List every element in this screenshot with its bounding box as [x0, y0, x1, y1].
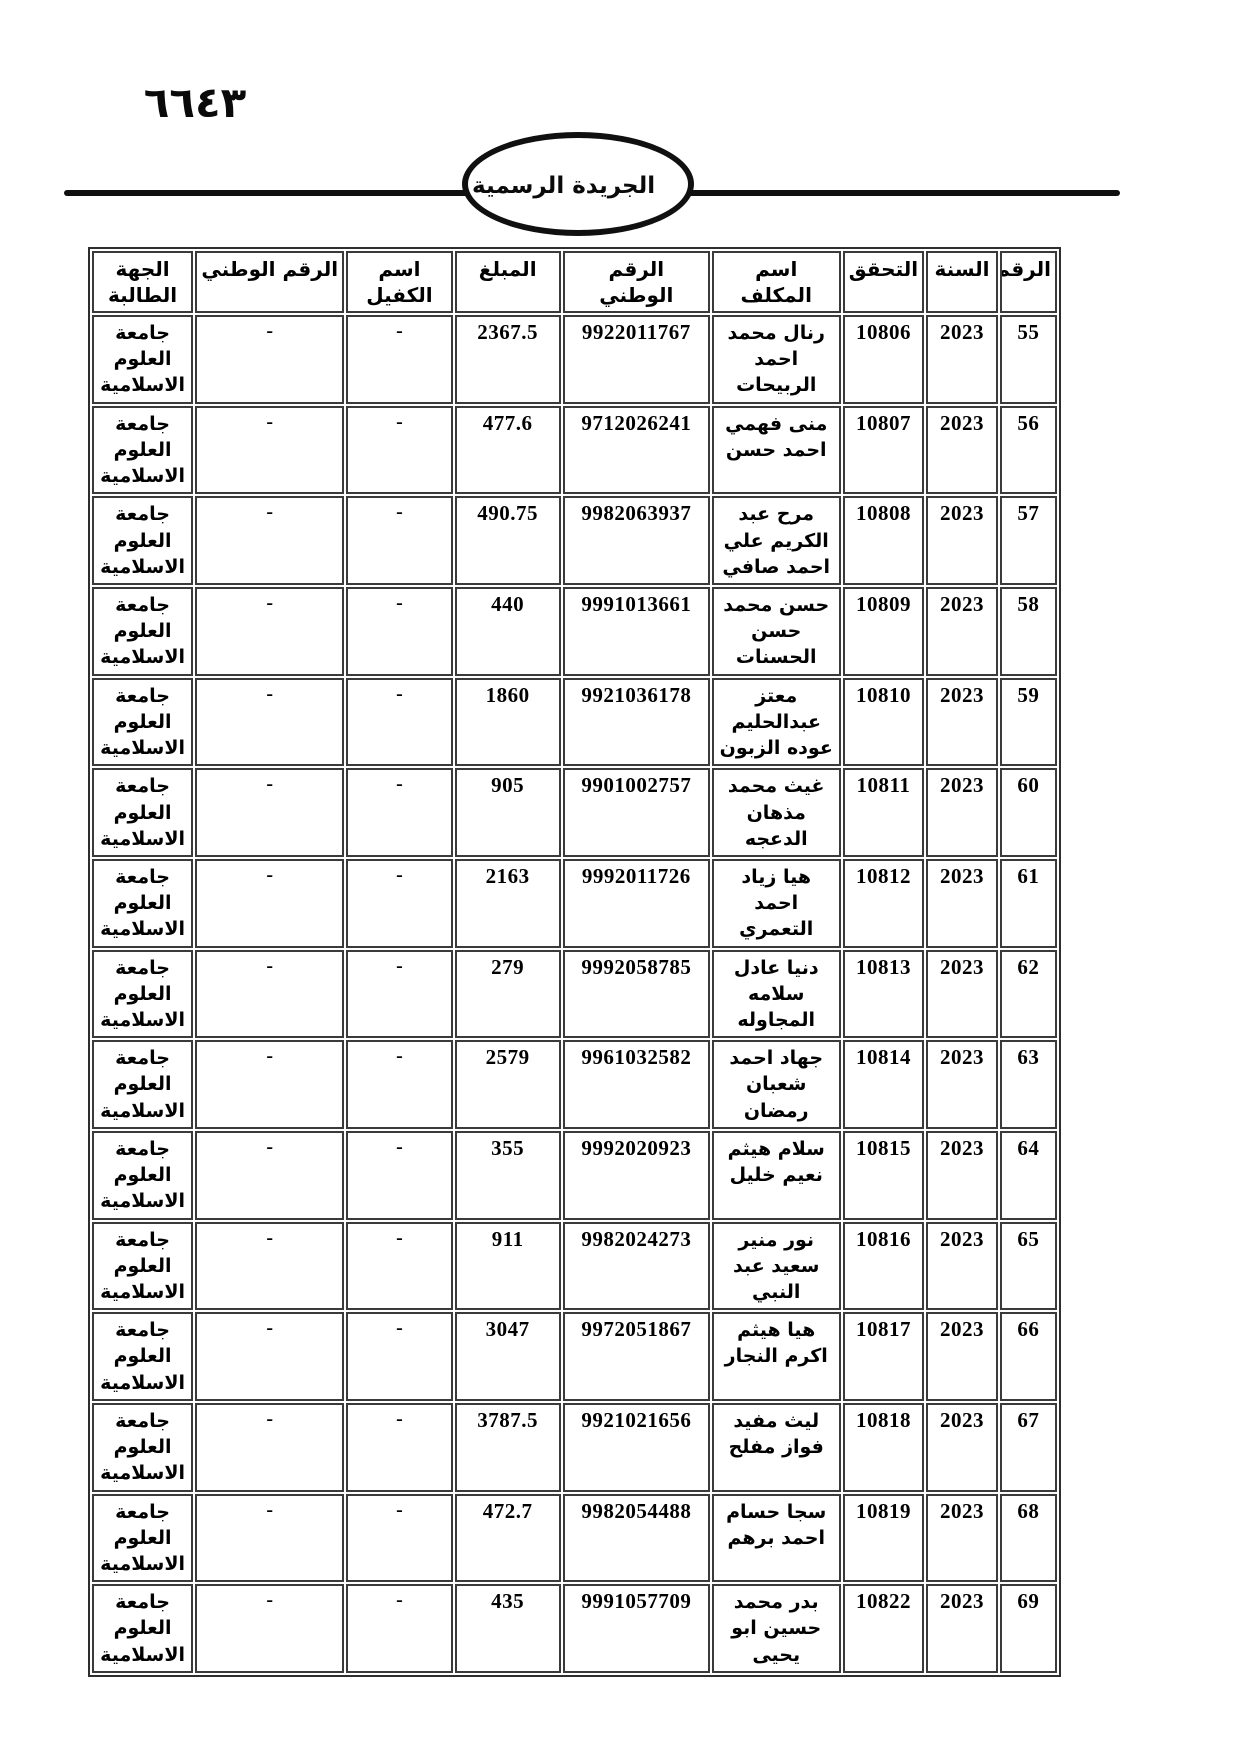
cell-year: 2023: [926, 315, 998, 404]
cell-amount: 905: [455, 768, 561, 857]
cell-check: 10806: [843, 315, 925, 404]
cell-sponsor-national-id: -: [195, 1131, 344, 1220]
cell-year: 2023: [926, 587, 998, 676]
cell-sponsor-national-id: -: [195, 768, 344, 857]
cell-amount: 440: [455, 587, 561, 676]
cell-national-id: 9972051867: [563, 1312, 710, 1401]
cell-amount: 490.75: [455, 496, 561, 585]
table-row: 56 2023 10807 منى فهمي احمد حسن 97120262…: [92, 406, 1057, 495]
cell-amount: 355: [455, 1131, 561, 1220]
table-row: 63 2023 10814 جهاد احمد شعبان رمضان 9961…: [92, 1040, 1057, 1129]
cell-amount: 435: [455, 1584, 561, 1673]
records-table: الرقم السنة التحقق اسم المكلف الرقم الوط…: [88, 247, 1061, 1677]
cell-entity: جامعة العلوم الاسلامية: [92, 1040, 193, 1129]
cell-national-id: 9992011726: [563, 859, 710, 948]
cell-entity: جامعة العلوم الاسلامية: [92, 1131, 193, 1220]
cell-taxpayer-name: نور منير سعيد عبد النبي: [712, 1222, 841, 1311]
cell-seq: 69: [1000, 1584, 1057, 1673]
cell-check: 10816: [843, 1222, 925, 1311]
cell-check: 10808: [843, 496, 925, 585]
cell-entity: جامعة العلوم الاسلامية: [92, 678, 193, 767]
cell-year: 2023: [926, 1131, 998, 1220]
cell-national-id: 9982024273: [563, 1222, 710, 1311]
cell-seq: 60: [1000, 768, 1057, 857]
cell-check: 10819: [843, 1494, 925, 1583]
cell-amount: 472.7: [455, 1494, 561, 1583]
cell-sponsor-national-id: -: [195, 1494, 344, 1583]
col-header-amount: المبلغ: [455, 251, 561, 313]
cell-sponsor-name: -: [346, 406, 452, 495]
cell-year: 2023: [926, 496, 998, 585]
cell-sponsor-name: -: [346, 496, 452, 585]
table-row: 67 2023 10818 ليث مفيد فواز مفلح 9921021…: [92, 1403, 1057, 1492]
cell-amount: 2163: [455, 859, 561, 948]
cell-taxpayer-name: هيا زياد احمد التعمري: [712, 859, 841, 948]
table-row: 58 2023 10809 حسن محمد حسن الحسنات 99910…: [92, 587, 1057, 676]
cell-entity: جامعة العلوم الاسلامية: [92, 496, 193, 585]
cell-taxpayer-name: بدر محمد حسين ابو يحيى: [712, 1584, 841, 1673]
cell-national-id: 9982063937: [563, 496, 710, 585]
cell-entity: جامعة العلوم الاسلامية: [92, 406, 193, 495]
cell-seq: 57: [1000, 496, 1057, 585]
cell-taxpayer-name: رنال محمد احمد الربيحات: [712, 315, 841, 404]
cell-taxpayer-name: سلام هيثم نعيم خليل: [712, 1131, 841, 1220]
cell-check: 10811: [843, 768, 925, 857]
cell-national-id: 9992058785: [563, 950, 710, 1039]
cell-year: 2023: [926, 406, 998, 495]
cell-sponsor-name: -: [346, 678, 452, 767]
cell-taxpayer-name: منى فهمي احمد حسن: [712, 406, 841, 495]
cell-sponsor-national-id: -: [195, 1584, 344, 1673]
cell-taxpayer-name: هيا هيثم اكرم النجار: [712, 1312, 841, 1401]
cell-amount: 2579: [455, 1040, 561, 1129]
cell-entity: جامعة العلوم الاسلامية: [92, 1312, 193, 1401]
page-number: ٦٦٤٣: [130, 78, 260, 127]
cell-check: 10810: [843, 678, 925, 767]
cell-seq: 61: [1000, 859, 1057, 948]
cell-sponsor-name: -: [346, 1131, 452, 1220]
cell-sponsor-national-id: -: [195, 678, 344, 767]
col-header-national-id: الرقم الوطني: [563, 251, 710, 313]
cell-amount: 279: [455, 950, 561, 1039]
cell-national-id: 9922011767: [563, 315, 710, 404]
cell-entity: جامعة العلوم الاسلامية: [92, 587, 193, 676]
table-row: 60 2023 10811 غيث محمد مذهان الدعجه 9901…: [92, 768, 1057, 857]
cell-year: 2023: [926, 1222, 998, 1311]
cell-sponsor-national-id: -: [195, 315, 344, 404]
cell-sponsor-national-id: -: [195, 1222, 344, 1311]
cell-check: 10815: [843, 1131, 925, 1220]
cell-seq: 55: [1000, 315, 1057, 404]
cell-check: 10814: [843, 1040, 925, 1129]
cell-amount: 2367.5: [455, 315, 561, 404]
cell-year: 2023: [926, 768, 998, 857]
cell-check: 10818: [843, 1403, 925, 1492]
cell-sponsor-name: -: [346, 859, 452, 948]
cell-sponsor-name: -: [346, 1312, 452, 1401]
cell-sponsor-name: -: [346, 1494, 452, 1583]
cell-sponsor-national-id: -: [195, 587, 344, 676]
cell-seq: 67: [1000, 1403, 1057, 1492]
cell-year: 2023: [926, 859, 998, 948]
table-row: 57 2023 10808 مرح عبد الكريم علي احمد صا…: [92, 496, 1057, 585]
col-header-sponsor-national-id: الرقم الوطني: [195, 251, 344, 313]
cell-national-id: 9961032582: [563, 1040, 710, 1129]
cell-check: 10817: [843, 1312, 925, 1401]
cell-seq: 58: [1000, 587, 1057, 676]
cell-national-id: 9921036178: [563, 678, 710, 767]
col-header-year: السنة: [926, 251, 998, 313]
cell-sponsor-national-id: -: [195, 950, 344, 1039]
cell-year: 2023: [926, 678, 998, 767]
cell-taxpayer-name: معتز عبدالحليم عوده الزبون: [712, 678, 841, 767]
cell-national-id: 9982054488: [563, 1494, 710, 1583]
table-row: 65 2023 10816 نور منير سعيد عبد النبي 99…: [92, 1222, 1057, 1311]
col-header-entity: الجهة الطالبة: [92, 251, 193, 313]
cell-check: 10822: [843, 1584, 925, 1673]
cell-sponsor-name: -: [346, 950, 452, 1039]
cell-seq: 56: [1000, 406, 1057, 495]
cell-sponsor-national-id: -: [195, 406, 344, 495]
table-row: 59 2023 10810 معتز عبدالحليم عوده الزبون…: [92, 678, 1057, 767]
cell-sponsor-national-id: -: [195, 1040, 344, 1129]
cell-entity: جامعة العلوم الاسلامية: [92, 768, 193, 857]
cell-national-id: 9991013661: [563, 587, 710, 676]
cell-sponsor-national-id: -: [195, 496, 344, 585]
cell-seq: 68: [1000, 1494, 1057, 1583]
table-row: 68 2023 10819 سجا حسام احمد برهم 9982054…: [92, 1494, 1057, 1583]
cell-amount: 3047: [455, 1312, 561, 1401]
cell-taxpayer-name: مرح عبد الكريم علي احمد صافي: [712, 496, 841, 585]
gazette-title-ellipse: الجريدة الرسمية: [462, 132, 694, 236]
col-header-seq: الرقم: [1000, 251, 1057, 313]
table-row: 66 2023 10817 هيا هيثم اكرم النجار 99720…: [92, 1312, 1057, 1401]
cell-year: 2023: [926, 1494, 998, 1583]
cell-national-id: 9992020923: [563, 1131, 710, 1220]
cell-sponsor-name: -: [346, 315, 452, 404]
cell-check: 10812: [843, 859, 925, 948]
cell-entity: جامعة العلوم الاسلامية: [92, 1494, 193, 1583]
cell-national-id: 9712026241: [563, 406, 710, 495]
cell-entity: جامعة العلوم الاسلامية: [92, 1222, 193, 1311]
cell-check: 10809: [843, 587, 925, 676]
cell-seq: 63: [1000, 1040, 1057, 1129]
cell-sponsor-name: -: [346, 1584, 452, 1673]
col-header-sponsor-name: اسم الكفيل: [346, 251, 452, 313]
cell-taxpayer-name: سجا حسام احمد برهم: [712, 1494, 841, 1583]
cell-sponsor-name: -: [346, 1403, 452, 1492]
cell-national-id: 9921021656: [563, 1403, 710, 1492]
table-row: 64 2023 10815 سلام هيثم نعيم خليل 999202…: [92, 1131, 1057, 1220]
cell-entity: جامعة العلوم الاسلامية: [92, 1584, 193, 1673]
cell-year: 2023: [926, 1040, 998, 1129]
cell-taxpayer-name: جهاد احمد شعبان رمضان: [712, 1040, 841, 1129]
cell-year: 2023: [926, 950, 998, 1039]
cell-amount: 477.6: [455, 406, 561, 495]
gazette-title: الجريدة الرسمية: [472, 173, 632, 199]
cell-sponsor-national-id: -: [195, 1403, 344, 1492]
table-row: 69 2023 10822 بدر محمد حسين ابو يحيى 999…: [92, 1584, 1057, 1673]
cell-sponsor-name: -: [346, 768, 452, 857]
cell-taxpayer-name: ليث مفيد فواز مفلح: [712, 1403, 841, 1492]
cell-taxpayer-name: دنيا عادل سلامه المجاوله: [712, 950, 841, 1039]
cell-entity: جامعة العلوم الاسلامية: [92, 859, 193, 948]
cell-entity: جامعة العلوم الاسلامية: [92, 315, 193, 404]
cell-seq: 62: [1000, 950, 1057, 1039]
cell-sponsor-name: -: [346, 1222, 452, 1311]
table-row: 55 2023 10806 رنال محمد احمد الربيحات 99…: [92, 315, 1057, 404]
col-header-check: التحقق: [843, 251, 925, 313]
cell-year: 2023: [926, 1584, 998, 1673]
header-row: الرقم السنة التحقق اسم المكلف الرقم الوط…: [92, 251, 1057, 313]
cell-seq: 65: [1000, 1222, 1057, 1311]
cell-check: 10807: [843, 406, 925, 495]
cell-entity: جامعة العلوم الاسلامية: [92, 950, 193, 1039]
cell-national-id: 9901002757: [563, 768, 710, 857]
cell-seq: 64: [1000, 1131, 1057, 1220]
cell-sponsor-national-id: -: [195, 1312, 344, 1401]
cell-taxpayer-name: حسن محمد حسن الحسنات: [712, 587, 841, 676]
cell-seq: 66: [1000, 1312, 1057, 1401]
cell-amount: 3787.5: [455, 1403, 561, 1492]
cell-year: 2023: [926, 1312, 998, 1401]
cell-amount: 911: [455, 1222, 561, 1311]
cell-entity: جامعة العلوم الاسلامية: [92, 1403, 193, 1492]
cell-seq: 59: [1000, 678, 1057, 767]
cell-sponsor-name: -: [346, 1040, 452, 1129]
cell-national-id: 9991057709: [563, 1584, 710, 1673]
cell-sponsor-national-id: -: [195, 859, 344, 948]
table-row: 62 2023 10813 دنيا عادل سلامه المجاوله 9…: [92, 950, 1057, 1039]
table-row: 61 2023 10812 هيا زياد احمد التعمري 9992…: [92, 859, 1057, 948]
cell-taxpayer-name: غيث محمد مذهان الدعجه: [712, 768, 841, 857]
col-header-taxpayer-name: اسم المكلف: [712, 251, 841, 313]
cell-year: 2023: [926, 1403, 998, 1492]
cell-amount: 1860: [455, 678, 561, 767]
gazette-page: ٦٦٤٣ الجريدة الرسمية الرقم السنة التحقق …: [0, 0, 1241, 1755]
cell-sponsor-name: -: [346, 587, 452, 676]
cell-check: 10813: [843, 950, 925, 1039]
